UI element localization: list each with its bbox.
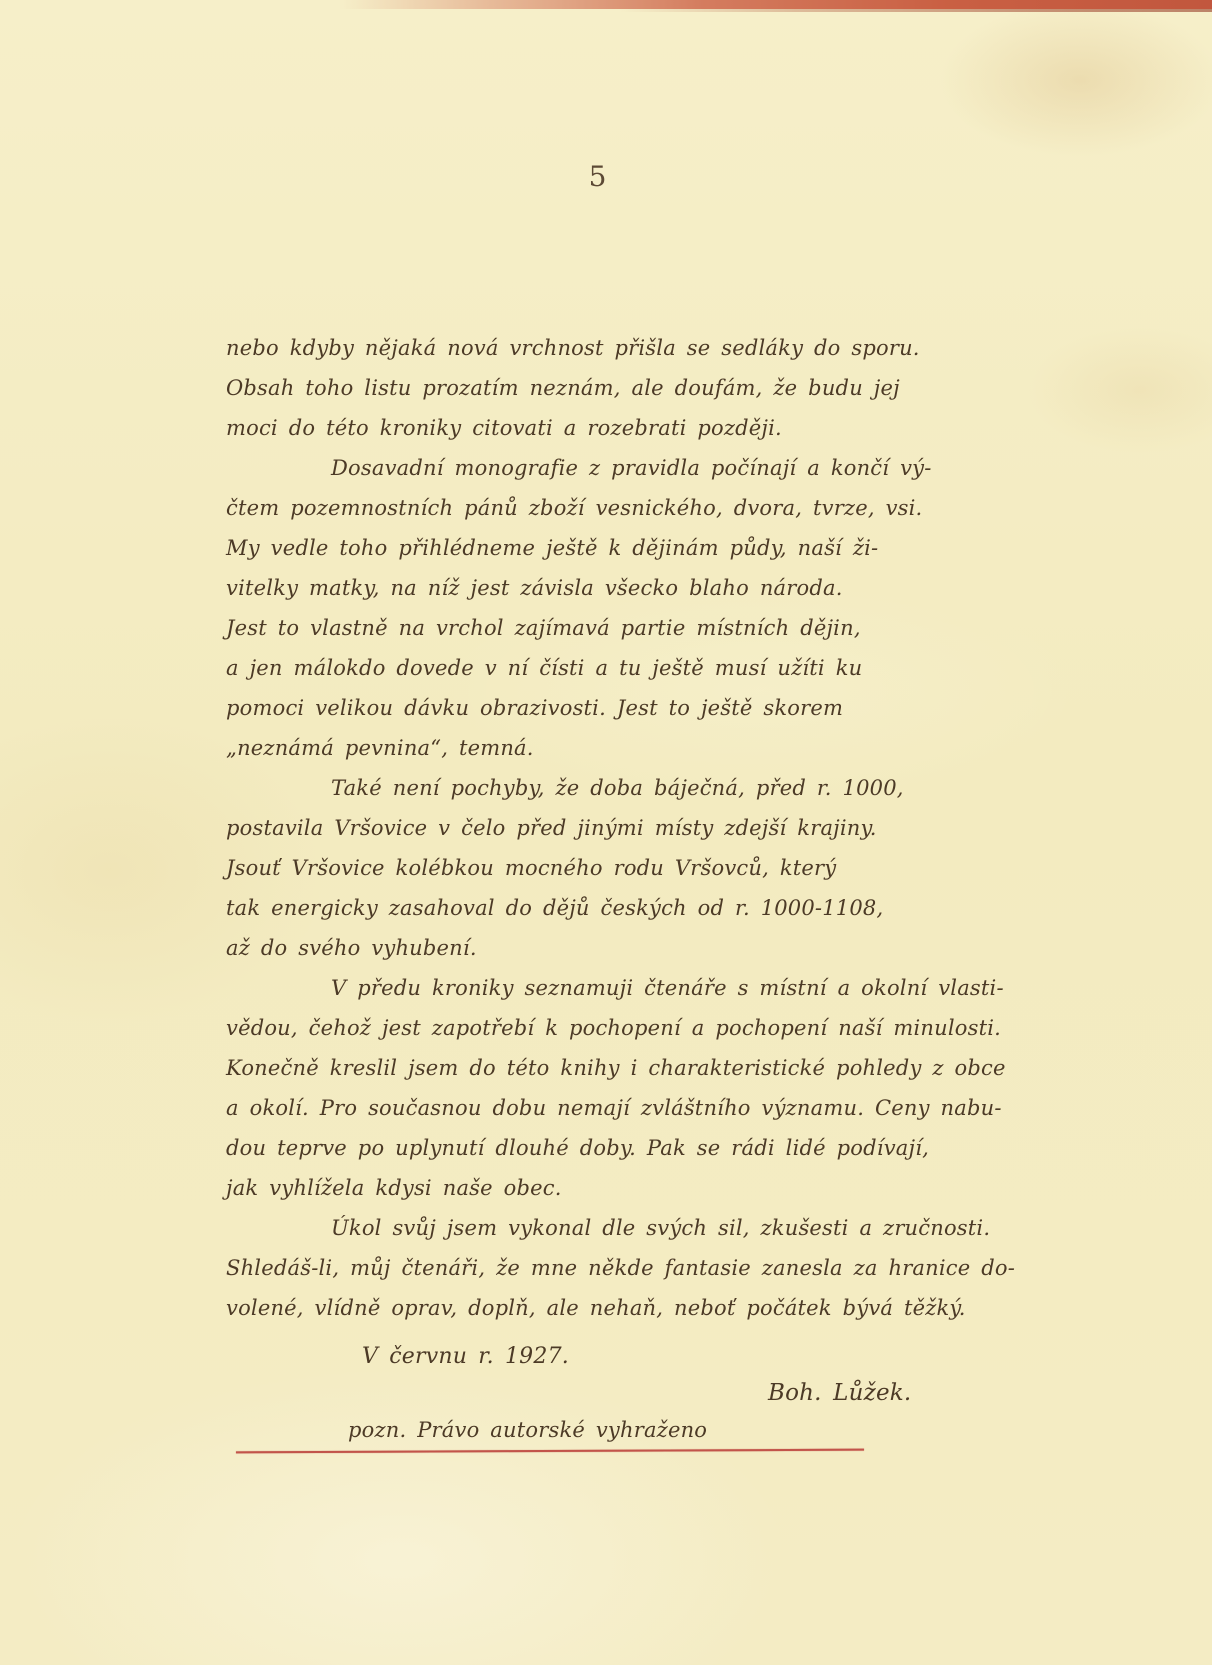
manuscript-line: Jest to vlastně na vrchol zajímavá parti… [226, 616, 1042, 656]
manuscript-line: Úkol svůj jsem vykonal dle svých sil, zk… [226, 1216, 1042, 1256]
manuscript-line: Jsouť Vršovice kolébkou mocného rodu Vrš… [226, 856, 1042, 896]
manuscript-line: až do svého vyhubení. [226, 936, 1042, 976]
manuscript-line: Shledáš-li, můj čtenáři, že mne někde fa… [226, 1256, 1042, 1296]
manuscript-line: moci do této kroniky citovati a rozebrat… [226, 416, 1042, 456]
manuscript-line: a okolí. Pro současnou dobu nemají zvláš… [226, 1096, 1042, 1136]
manuscript-line: My vedle toho přihlédneme ještě k dějiná… [226, 536, 1042, 576]
manuscript-line: Konečně kreslil jsem do této knihy i cha… [226, 1056, 1042, 1096]
manuscript-text: nebo kdyby nějaká nová vrchnost přišla s… [226, 336, 1042, 1336]
manuscript-line: V předu kroniky seznamuji čtenáře s míst… [226, 976, 1042, 1016]
manuscript-line: čtem pozemnostních pánů zboží vesnického… [226, 496, 1042, 536]
manuscript-line: Dosavadní monografie z pravidla počínají… [226, 456, 1042, 496]
copyright-underline [236, 1449, 864, 1454]
manuscript-line: dou teprve po uplynutí dlouhé doby. Pak … [226, 1136, 1042, 1176]
manuscript-line: volené, vlídně oprav, doplň, ale nehaň, … [226, 1296, 1042, 1336]
manuscript-line: vědou, čehož jest zapotřebí k pochopení … [226, 1016, 1042, 1056]
date-line: V červnu r. 1927. [362, 1344, 569, 1369]
signature: Boh. Lůžek. [768, 1380, 911, 1406]
manuscript-line: tak energicky zasahoval do dějů českých … [226, 896, 1042, 936]
manuscript-line: jak vyhlížela kdysi naše obec. [226, 1176, 1042, 1216]
book-edge-strip [0, 0, 1212, 9]
book-edge-line [620, 9, 1212, 12]
manuscript-line: nebo kdyby nějaká nová vrchnost přišla s… [226, 336, 1042, 376]
manuscript-line: a jen málokdo dovede v ní čísti a tu ješ… [226, 656, 1042, 696]
manuscript-line: postavila Vršovice v čelo před jinými mí… [226, 816, 1042, 856]
manuscript-line: vitelky matky, na níž jest závisla všeck… [226, 576, 1042, 616]
page-number: 5 [548, 160, 648, 193]
manuscript-line: „neznámá pevnina“, temná. [226, 736, 1042, 776]
manuscript-page: 5 nebo kdyby nějaká nová vrchnost přišla… [0, 0, 1212, 1665]
manuscript-line: Také není pochyby, že doba báječná, před… [226, 776, 1042, 816]
manuscript-line: pomoci velikou dávku obrazivosti. Jest t… [226, 696, 1042, 736]
copyright-note: pozn. Právo autorské vyhraženo [348, 1418, 707, 1442]
manuscript-line: Obsah toho listu prozatím neznám, ale do… [226, 376, 1042, 416]
